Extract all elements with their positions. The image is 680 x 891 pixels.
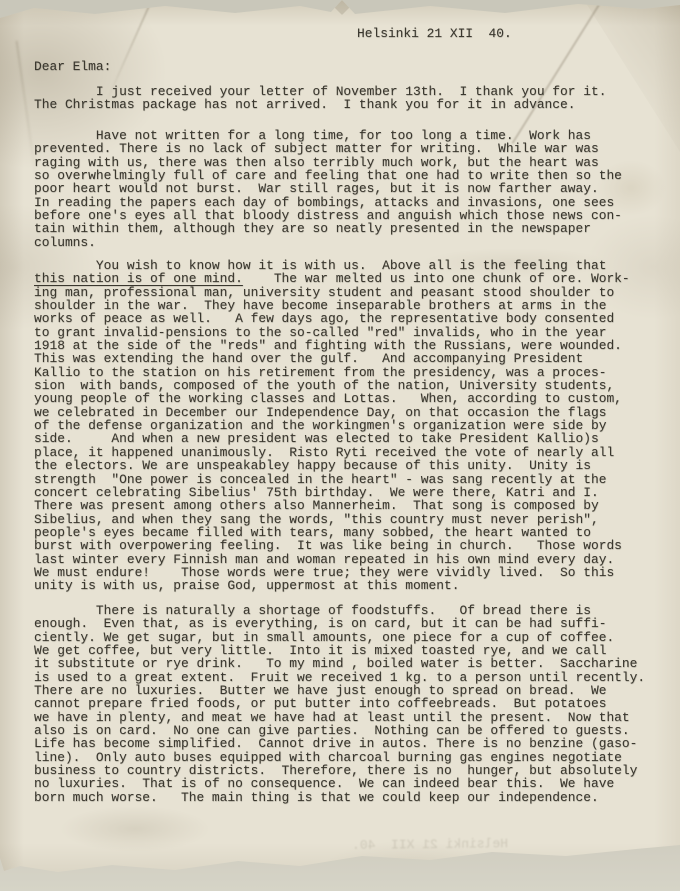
paragraph-2: Have not written for a long time, for to… bbox=[34, 129, 622, 249]
greeting: Dear Elma: bbox=[34, 60, 111, 73]
paper-sheet: Helsinki 21 XII 40. Dear Elma: I just re… bbox=[0, 0, 680, 891]
fold-crease-line bbox=[512, 0, 609, 144]
paper-stain bbox=[60, 806, 210, 852]
paragraph-4: There is naturally a shortage of foodstu… bbox=[34, 604, 645, 804]
paragraph-3-rest: The war melted us into one chunk of ore.… bbox=[34, 271, 630, 593]
date-line: Helsinki 21 XII 40. bbox=[357, 27, 512, 40]
paper-tear bbox=[327, 0, 357, 15]
bleed-through-text: Helsinki 21 XII 40. bbox=[352, 837, 508, 852]
paragraph-3: You wish to know how it is with us. Abov… bbox=[34, 259, 630, 593]
paragraph-1: I just received your letter of November … bbox=[34, 85, 606, 112]
letter-scan: Helsinki 21 XII 40. Dear Elma: I just re… bbox=[0, 0, 680, 891]
